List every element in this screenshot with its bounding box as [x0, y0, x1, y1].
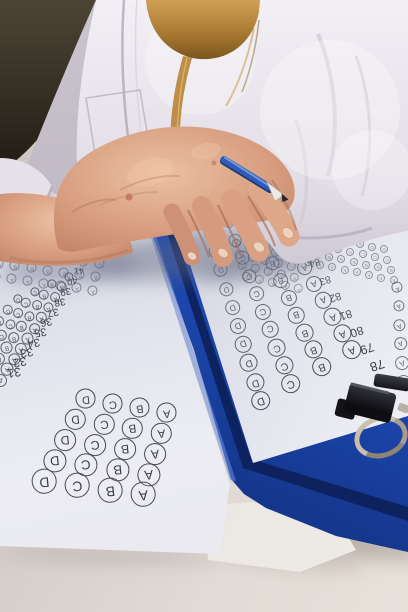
bubble-a: A	[129, 481, 156, 508]
bubble-d: D	[330, 234, 340, 244]
bubble-a: A	[156, 402, 177, 423]
bubble-a: A	[364, 270, 374, 280]
bubble-c: C	[221, 215, 236, 230]
bubble-b: B	[7, 331, 20, 344]
bubble-d: D	[33, 236, 44, 247]
bubble-c: C	[345, 247, 355, 257]
bubble-b: B	[23, 310, 35, 322]
bubble-c: C	[321, 241, 331, 251]
bubble-c: C	[93, 413, 116, 436]
bubble-b: B	[385, 265, 395, 275]
bubble-c: C	[0, 245, 8, 256]
bubble-d: D	[367, 241, 377, 251]
bubble-d: D	[64, 408, 87, 431]
bubble-a: A	[327, 262, 337, 272]
bubble-b: B	[129, 397, 150, 418]
bubble-a: A	[393, 354, 408, 372]
bubble-c: C	[4, 318, 16, 330]
photo-scene: 31ABCD32ABCD33ABCD34ABCD35ABCD36ABCD37AB…	[0, 0, 408, 612]
bubble-c: C	[260, 319, 281, 340]
bubble-a: A	[71, 282, 82, 293]
bubble-b: B	[31, 299, 43, 311]
bubble-d: D	[65, 241, 76, 252]
bubble-a: A	[392, 336, 408, 353]
bubble-a: A	[392, 317, 408, 333]
bubble-c: C	[370, 252, 380, 262]
bubble-d: D	[49, 238, 60, 249]
bubble-b: B	[15, 320, 28, 333]
bubble-a: A	[150, 422, 173, 445]
bubble-c: C	[13, 247, 24, 258]
bubble-d: D	[233, 334, 254, 355]
bubble-a: A	[143, 442, 167, 466]
bubble-c: C	[102, 393, 123, 414]
bubble-c: C	[308, 239, 318, 249]
bubble-d: D	[0, 316, 5, 328]
bubble-d: D	[317, 231, 327, 241]
question-number: 82	[328, 290, 343, 304]
bubble-c: C	[12, 307, 24, 319]
question-number: 81	[338, 306, 354, 321]
bubble-d: D	[248, 388, 272, 412]
bubble-d: D	[379, 244, 389, 254]
bubble-b: B	[121, 417, 144, 440]
bubble-b: B	[336, 254, 346, 264]
bubble-b: B	[348, 257, 358, 267]
bubble-d: D	[238, 352, 260, 374]
bubble-c: C	[253, 302, 273, 322]
bubble-c: C	[358, 249, 368, 259]
bubble-a: A	[376, 272, 386, 282]
bubble-d: D	[75, 388, 96, 409]
bubble-b: B	[39, 289, 50, 300]
question-number: 80	[348, 323, 364, 338]
bubble-d: D	[0, 231, 11, 242]
question-number: 83	[318, 273, 332, 286]
bubble-d: D	[223, 298, 242, 317]
bubble-a: A	[87, 285, 98, 296]
bubble-d: D	[218, 280, 236, 298]
bubble-b: B	[0, 341, 13, 354]
bubble-d: D	[305, 228, 315, 238]
bubble-c: C	[247, 284, 266, 303]
bubble-d: D	[342, 236, 352, 246]
bubble-d: D	[243, 370, 266, 393]
question-number: 79	[358, 340, 375, 356]
bubble-a: A	[339, 265, 349, 275]
bubble-b: B	[96, 477, 123, 504]
question-number: 78	[369, 357, 387, 374]
bubble-c: C	[333, 244, 343, 254]
bubble-a: A	[391, 299, 406, 314]
bubble-c: C	[382, 254, 392, 264]
bubble-c: C	[279, 372, 303, 396]
bubble-c: C	[0, 329, 8, 342]
bubble-d: D	[17, 234, 28, 245]
bubble-b: B	[373, 262, 383, 272]
bubble-d: D	[228, 316, 248, 336]
bubble-a: A	[352, 267, 362, 277]
bubble-d: D	[354, 239, 364, 249]
bubble-c: C	[63, 472, 90, 499]
bubble-b: B	[361, 259, 371, 269]
